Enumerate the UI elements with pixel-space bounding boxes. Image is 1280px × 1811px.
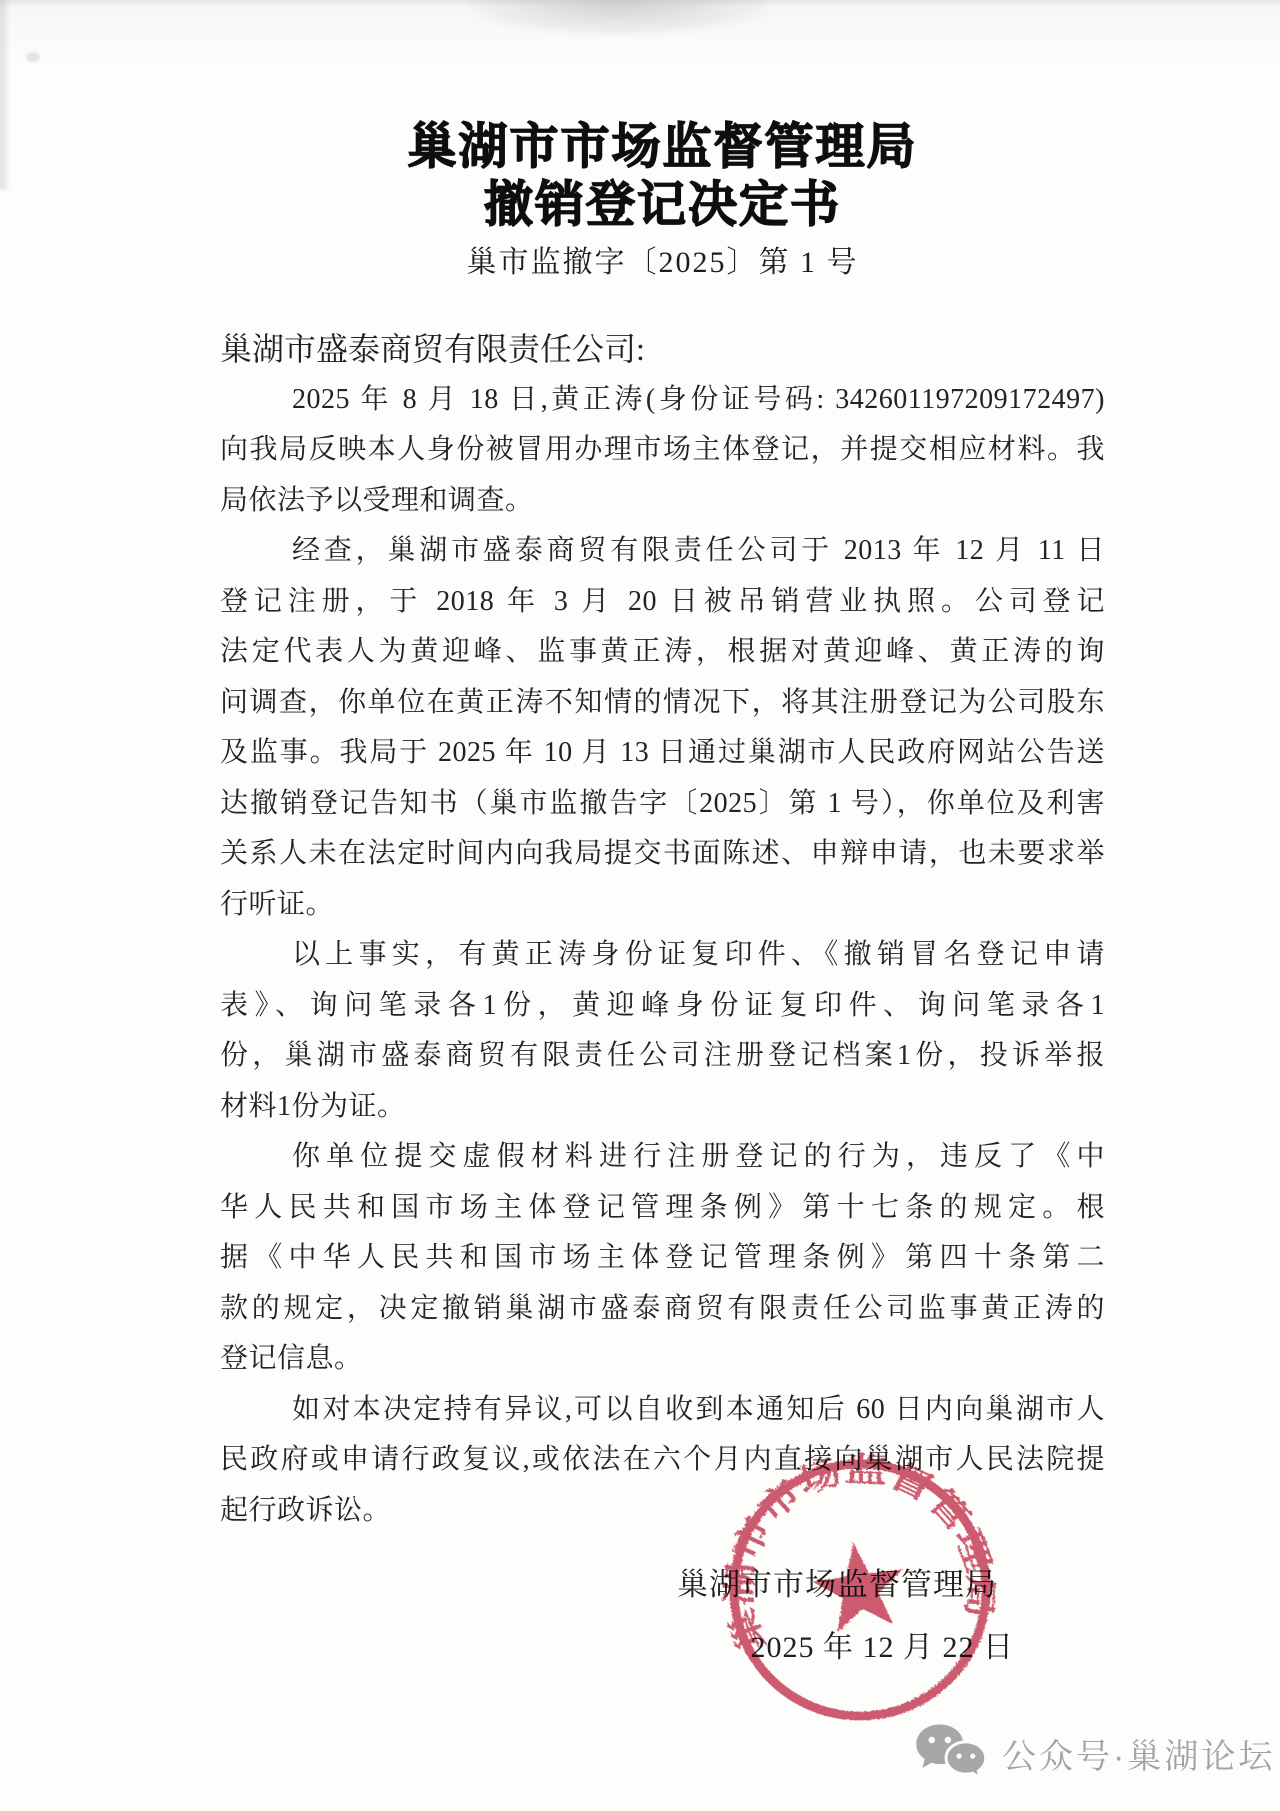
document-page: 巢湖市市场监督管理局 撤销登记决定书 巢市监撤字〔2025〕第 1 号 巢湖市盛… (0, 0, 1280, 1811)
paragraph-line: 问调查，你单位在黄正涛不知情的情况下，将其注册登记为公司股东 (220, 678, 1105, 729)
paragraph-line: 登记注册，于 2018 年 3 月 20 日被吊销营业执照。公司登记 (220, 577, 1105, 628)
paragraph-line: 据《中华人民共和国市场主体登记管理条例》第四十条第二 (220, 1233, 1105, 1284)
paragraph-line: 材料1份为证。 (220, 1082, 1105, 1133)
addressee: 巢湖市盛泰商贸有限责任公司: (220, 324, 1105, 375)
document-title-line1: 巢湖市市场监督管理局 (220, 118, 1105, 176)
decision-document: 巢湖市市场监督管理局 撤销登记决定书 巢市监撤字〔2025〕第 1 号 巢湖市盛… (220, 118, 1105, 1670)
paragraph: 你单位提交虚假材料进行注册登记的行为，违反了《中华人民共和国市场主体登记管理条例… (220, 1132, 1105, 1385)
paragraph-line: 以上事实，有黄正涛身份证复印件、《撤销冒名登记申请 (220, 930, 1105, 981)
paragraph-line: 经查，巢湖市盛泰商贸有限责任公司于 2013 年 12 月 11 日 (220, 526, 1105, 577)
document-title-line2: 撤销登记决定书 (220, 176, 1105, 234)
paragraph-line: 局依法予以受理和调查。 (220, 476, 1105, 527)
paragraph-line: 如对本决定持有异议,可以自收到本通知后 60 日内向巢湖市人 (220, 1385, 1105, 1436)
paragraph-line: 法定代表人为黄迎峰、监事黄正涛，根据对黄迎峰、黄正涛的询 (220, 627, 1105, 678)
star-icon (808, 1536, 911, 1635)
paragraph-line: 表》、询问笔录各1份，黄迎峰身份证复印件、询问笔录各1 (220, 981, 1105, 1032)
official-seal: 巢湖市市场监督管理局 (710, 1440, 1010, 1740)
paragraph: 经查，巢湖市盛泰商贸有限责任公司于 2013 年 12 月 11 日登记注册，于… (220, 526, 1105, 930)
paragraph-line: 达撤销登记告知书（巢市监撤告字〔2025〕第 1 号），你单位及利害 (220, 779, 1105, 830)
paragraph-line: 向我局反映本人身份被冒用办理市场主体登记，并提交相应材料。我 (220, 425, 1105, 476)
paragraph-line: 份，巢湖市盛泰商贸有限责任公司注册登记档案1份，投诉举报 (220, 1031, 1105, 1082)
paragraph-line: 登记信息。 (220, 1334, 1105, 1385)
scan-artifact-speck (26, 52, 40, 62)
paragraph-line: 华人民共和国市场主体登记管理条例》第十七条的规定。根 (220, 1183, 1105, 1234)
scan-artifact-top-edge (0, 0, 1280, 7)
paragraph-line: 2025 年 8 月 18 日,黄正涛(身份证号码: 3426011972091… (220, 375, 1105, 426)
paragraph-line: 款的规定，决定撤销巢湖市盛泰商贸有限责任公司监事黄正涛的 (220, 1284, 1105, 1335)
paragraph: 2025 年 8 月 18 日,黄正涛(身份证号码: 3426011972091… (220, 375, 1105, 527)
wechat-icon (912, 1722, 990, 1784)
footer-watermark-label: 公众号·巢湖论坛 (1002, 1729, 1275, 1778)
footer-watermark: 公众号·巢湖论坛 (912, 1722, 1275, 1784)
paragraph-line: 你单位提交虚假材料进行注册登记的行为，违反了《中 (220, 1132, 1105, 1183)
paragraph-line: 行听证。 (220, 880, 1105, 931)
paragraph-line: 及监事。我局于 2025 年 10 月 13 日通过巢湖市人民政府网站公告送 (220, 728, 1105, 779)
document-number: 巢市监撤字〔2025〕第 1 号 (220, 242, 1105, 284)
document-body: 2025 年 8 月 18 日,黄正涛(身份证号码: 3426011972091… (220, 375, 1105, 1537)
seal-text: 巢湖市市场监督管理局 (710, 1440, 1004, 1658)
paragraph-line: 关系人未在法定时间内向我局提交书面陈述、申辩申请，也未要求举 (220, 829, 1105, 880)
paragraph: 以上事实，有黄正涛身份证复印件、《撤销冒名登记申请表》、询问笔录各1份，黄迎峰身… (220, 930, 1105, 1132)
scan-artifact-left-edge (0, 0, 10, 190)
